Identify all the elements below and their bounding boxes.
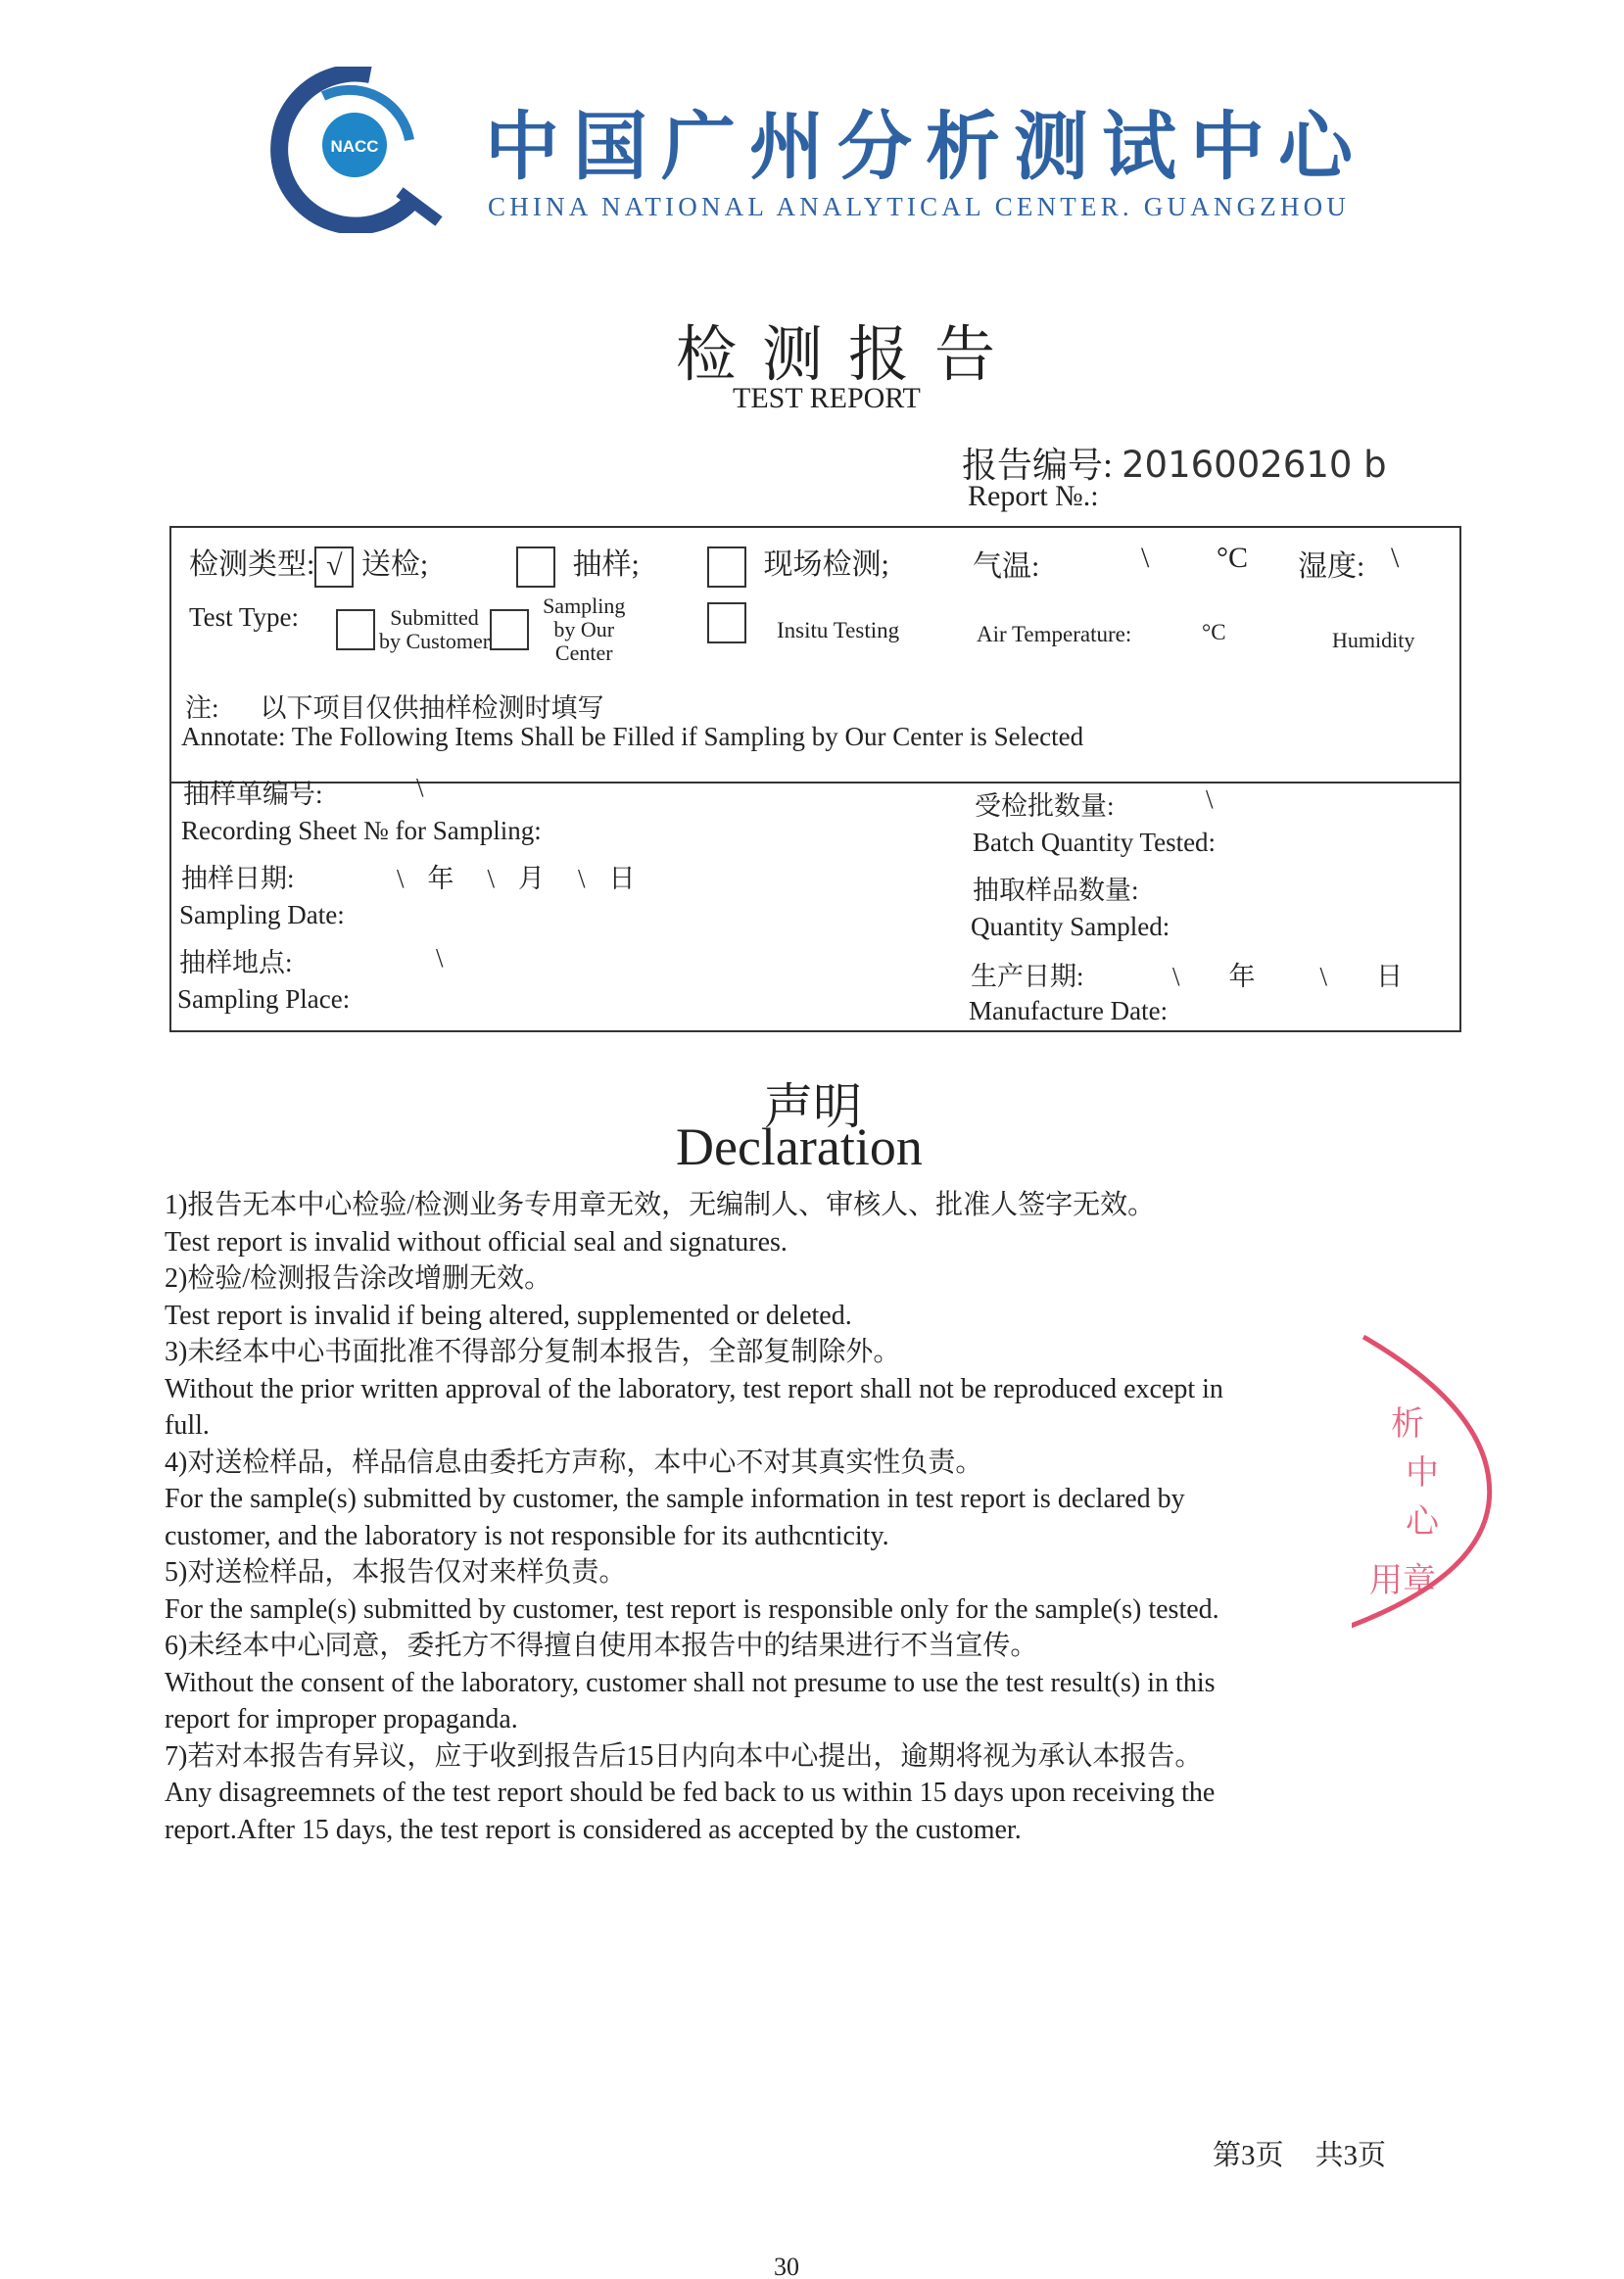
declaration-line: Test report is invalid without official … bbox=[165, 1224, 1438, 1261]
svg-text:NACC: NACC bbox=[330, 137, 378, 156]
air-temp-unit: °C bbox=[1217, 542, 1248, 575]
checkbox-insitu-en[interactable] bbox=[707, 602, 746, 643]
sampling-date-label-en: Sampling Date: bbox=[179, 900, 345, 930]
option-sampling-row-cn: 抽样; bbox=[516, 540, 640, 588]
option-insitu-cn: 现场检测; bbox=[764, 548, 889, 581]
annotate-cn: 注:以下项目仅供抽样检测时填写 bbox=[185, 687, 604, 725]
sampling-date-value: \年\月\日 bbox=[397, 857, 636, 895]
declaration-line: Test report is invalid if being altered,… bbox=[165, 1298, 1438, 1335]
air-temp-label-cn: 气温: bbox=[973, 542, 1039, 585]
checkbox-insitu-cn[interactable] bbox=[707, 546, 746, 588]
humidity-label-cn: 湿度: bbox=[1298, 542, 1364, 585]
option-insitu-row-cn: 现场检测; bbox=[707, 540, 889, 588]
org-name-en: CHINA NATIONAL ANALYTICAL CENTER. GUANGZ… bbox=[488, 192, 1350, 222]
bottom-page-number: 30 bbox=[774, 2253, 799, 2279]
sampling-place-label-cn: 抽样地点: bbox=[179, 941, 293, 979]
declaration-line: customer, and the laboratory is not resp… bbox=[165, 1518, 1438, 1555]
declaration-line: Any disagreemnets of the test report sho… bbox=[165, 1775, 1438, 1812]
batch-qty-value: \ bbox=[1206, 784, 1214, 815]
declaration-title-en: Declaration bbox=[676, 1116, 923, 1177]
test-info-table: 检测类型:√ 送检; 抽样; 现场检测; 气温: \ °C 湿度: \ Test… bbox=[169, 526, 1461, 1032]
humidity-value: \ bbox=[1391, 542, 1399, 575]
checkbox-sampling-en[interactable] bbox=[490, 609, 529, 650]
option-sampling-cn: 抽样; bbox=[573, 548, 640, 581]
test-type-label-cn: 检测类型: bbox=[189, 548, 314, 581]
sampling-place-value: \ bbox=[436, 943, 444, 973]
option-insitu-row-en bbox=[707, 602, 746, 643]
air-temp-label-en: Air Temperature: bbox=[977, 622, 1131, 647]
option-submitted-cn: 送检; bbox=[361, 548, 428, 581]
nacc-logo: NACC bbox=[263, 67, 449, 233]
declaration-line: 5)对送检样品，本报告仅对来样负责。 bbox=[165, 1554, 1438, 1591]
test-type-row-cn: 检测类型:√ 送检; bbox=[189, 540, 428, 588]
org-name-cn: 中国广州分析测试中心 bbox=[485, 110, 1366, 184]
table-divider bbox=[171, 782, 1459, 783]
declaration-line: For the sample(s) submitted by customer,… bbox=[165, 1591, 1438, 1629]
official-seal-stamp: 析 中 心 用章 bbox=[1352, 1317, 1508, 1640]
declaration-line: 3)未经本中心书面批准不得部分复制本报告，全部复制除外。 bbox=[165, 1334, 1438, 1371]
option-sampling-en: Samplingby OurCenter bbox=[543, 594, 625, 665]
declaration-line: full. bbox=[165, 1407, 1438, 1445]
batch-qty-label-en: Batch Quantity Tested: bbox=[973, 828, 1216, 858]
declaration-line: 4)对送检样品，样品信息由委托方声称，本中心不对其真实性负责。 bbox=[165, 1445, 1438, 1482]
svg-text:用章: 用章 bbox=[1369, 1561, 1436, 1600]
air-temp-unit-en: °C bbox=[1202, 620, 1226, 645]
report-title-cn: 检测报告 bbox=[676, 306, 1021, 393]
report-number-label-en: Report №.: bbox=[968, 480, 1099, 513]
test-type-label-en: Test Type: bbox=[189, 602, 299, 633]
declaration-line: report.After 15 days, the test report is… bbox=[165, 1812, 1438, 1849]
declaration-line: 1)报告无本中心检验/检测业务专用章无效，无编制人、审核人、批准人签字无效。 bbox=[165, 1187, 1438, 1224]
sampling-place-label-en: Sampling Place: bbox=[177, 984, 350, 1015]
option-submitted-en: Submittedby Customer bbox=[379, 606, 490, 653]
declaration-list: 1)报告无本中心检验/检测业务专用章无效，无编制人、审核人、批准人签字无效。Te… bbox=[165, 1187, 1438, 1848]
test-type-row-en: Submittedby Customer Samplingby OurCente… bbox=[336, 594, 625, 665]
mfg-date-label-en: Manufacture Date: bbox=[969, 996, 1168, 1026]
mfg-date-value: \年\日 bbox=[1172, 955, 1403, 993]
page-indicator: 第3页共3页 bbox=[1213, 2133, 1386, 2173]
declaration-line: report for improper propaganda. bbox=[165, 1701, 1438, 1738]
batch-qty-label-cn: 受检批数量: bbox=[975, 784, 1115, 823]
sheet-no-label-cn: 抽样单编号: bbox=[183, 773, 323, 811]
report-number-value: 2016002610 b bbox=[1122, 444, 1387, 486]
declaration-line: Without the consent of the laboratory, c… bbox=[165, 1665, 1438, 1702]
humidity-label-en: Humidity bbox=[1332, 628, 1414, 653]
page-current: 第3页 bbox=[1213, 2140, 1284, 2171]
checkbox-submitted-cn[interactable]: √ bbox=[314, 546, 354, 588]
page-total: 共3页 bbox=[1315, 2140, 1387, 2171]
checkbox-submitted-en[interactable] bbox=[336, 609, 375, 650]
declaration-line: Without the prior written approval of th… bbox=[165, 1371, 1438, 1408]
report-number-label-cn: 报告编号: bbox=[962, 446, 1113, 485]
qty-sampled-label-en: Quantity Sampled: bbox=[971, 912, 1170, 942]
qty-sampled-label-cn: 抽取样品数量: bbox=[973, 869, 1139, 907]
report-title-en: TEST REPORT bbox=[733, 382, 921, 415]
declaration-line: 7)若对本报告有异议，应于收到报告后15日内向本中心提出，逾期将视为承认本报告。 bbox=[165, 1738, 1438, 1776]
mfg-date-label-cn: 生产日期: bbox=[971, 955, 1084, 993]
svg-text:析: 析 bbox=[1391, 1404, 1424, 1444]
air-temp-value: \ bbox=[1141, 542, 1149, 575]
sheet-no-value: \ bbox=[416, 773, 424, 803]
declaration-line: 2)检验/检测报告涂改增删无效。 bbox=[165, 1260, 1438, 1298]
sheet-no-label-en: Recording Sheet № for Sampling: bbox=[181, 816, 542, 846]
svg-text:中: 中 bbox=[1406, 1453, 1439, 1493]
annotate-en: Annotate: The Following Items Shall be F… bbox=[181, 722, 1083, 752]
sampling-date-label-cn: 抽样日期: bbox=[181, 857, 295, 895]
option-insitu-en: Insitu Testing bbox=[777, 618, 899, 643]
declaration-line: 6)未经本中心同意，委托方不得擅自使用本报告中的结果进行不当宣传。 bbox=[165, 1628, 1438, 1665]
checkbox-sampling-cn[interactable] bbox=[516, 546, 555, 588]
svg-text:心: 心 bbox=[1406, 1502, 1441, 1542]
declaration-line: For the sample(s) submitted by customer,… bbox=[165, 1481, 1438, 1518]
